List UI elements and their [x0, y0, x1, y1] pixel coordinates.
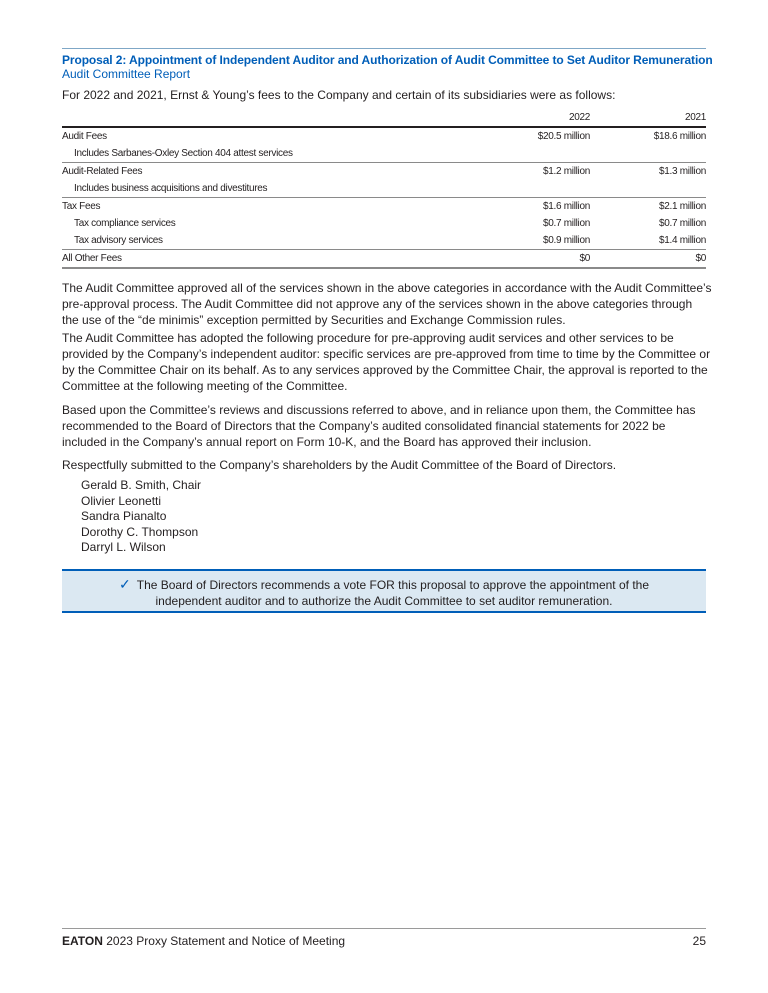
- table-row: Includes Sarbanes-Oxley Section 404 atte…: [62, 145, 706, 163]
- value-2022: $0.9 million: [543, 232, 590, 249]
- value-2021: $0.7 million: [659, 215, 706, 232]
- table-row: Tax advisory services $0.9 million $1.4 …: [62, 232, 706, 250]
- committee-member: Gerald B. Smith, Chair: [81, 478, 201, 494]
- intro-text: For 2022 and 2021, Ernst & Young’s fees …: [62, 88, 615, 102]
- column-header-2022: 2022: [569, 109, 590, 126]
- value-2021: $2.1 million: [659, 198, 706, 215]
- value-2022: $1.6 million: [543, 198, 590, 215]
- value-2021: $0: [695, 250, 706, 267]
- fee-table: 2022 2021 Audit Fees $20.5 million $18.6…: [62, 109, 706, 269]
- paragraph-recommendation: Based upon the Committee’s reviews and d…: [62, 402, 712, 450]
- brand-logo-text: EATON: [62, 934, 103, 948]
- column-header-2021: 2021: [685, 109, 706, 126]
- row-label: Tax advisory services: [74, 232, 163, 249]
- row-label: Audit Fees: [62, 128, 107, 145]
- value-2021: $1.3 million: [659, 163, 706, 180]
- paragraph-preapproval: The Audit Committee approved all of the …: [62, 280, 712, 328]
- row-label: All Other Fees: [62, 250, 122, 267]
- table-header-row: 2022 2021: [62, 109, 706, 128]
- section-subtitle: Audit Committee Report: [62, 67, 190, 81]
- paragraph-submitted: Respectfully submitted to the Company’s …: [62, 457, 712, 473]
- committee-members-list: Gerald B. Smith, Chair Olivier Leonetti …: [81, 478, 201, 556]
- row-label: Audit-Related Fees: [62, 163, 142, 180]
- committee-member: Dorothy C. Thompson: [81, 525, 201, 541]
- row-label: Includes Sarbanes-Oxley Section 404 atte…: [74, 145, 293, 162]
- board-recommendation-callout: ✓The Board of Directors recommends a vot…: [62, 569, 706, 613]
- value-2021: $18.6 million: [654, 128, 706, 145]
- page-number: 25: [693, 934, 706, 948]
- footer-divider: [62, 928, 706, 929]
- paragraph-procedure: The Audit Committee has adopted the foll…: [62, 330, 712, 394]
- recommendation-line-2: independent auditor and to authorize the…: [62, 594, 706, 610]
- table-row: Tax compliance services $0.7 million $0.…: [62, 215, 706, 232]
- value-2022: $0.7 million: [543, 215, 590, 232]
- checkmark-icon: ✓: [119, 576, 131, 592]
- proposal-title: Proposal 2: Appointment of Independent A…: [62, 53, 713, 67]
- footer-title: EATON 2023 Proxy Statement and Notice of…: [62, 934, 345, 948]
- committee-member: Darryl L. Wilson: [81, 540, 201, 556]
- row-label: Tax compliance services: [74, 215, 175, 232]
- value-2022: $20.5 million: [538, 128, 590, 145]
- row-label: Tax Fees: [62, 198, 100, 215]
- table-row: Audit-Related Fees $1.2 million $1.3 mil…: [62, 163, 706, 180]
- top-divider: [62, 48, 706, 49]
- table-row: Includes business acquisitions and dives…: [62, 180, 706, 198]
- table-row: Tax Fees $1.6 million $2.1 million: [62, 198, 706, 215]
- committee-member: Olivier Leonetti: [81, 494, 201, 510]
- value-2021: $1.4 million: [659, 232, 706, 249]
- table-row: Audit Fees $20.5 million $18.6 million: [62, 128, 706, 145]
- row-label: Includes business acquisitions and dives…: [74, 180, 267, 197]
- value-2022: $1.2 million: [543, 163, 590, 180]
- committee-member: Sandra Pianalto: [81, 509, 201, 525]
- recommendation-line-1: ✓The Board of Directors recommends a vot…: [62, 577, 706, 594]
- value-2022: $0: [579, 250, 590, 267]
- table-row: All Other Fees $0 $0: [62, 250, 706, 269]
